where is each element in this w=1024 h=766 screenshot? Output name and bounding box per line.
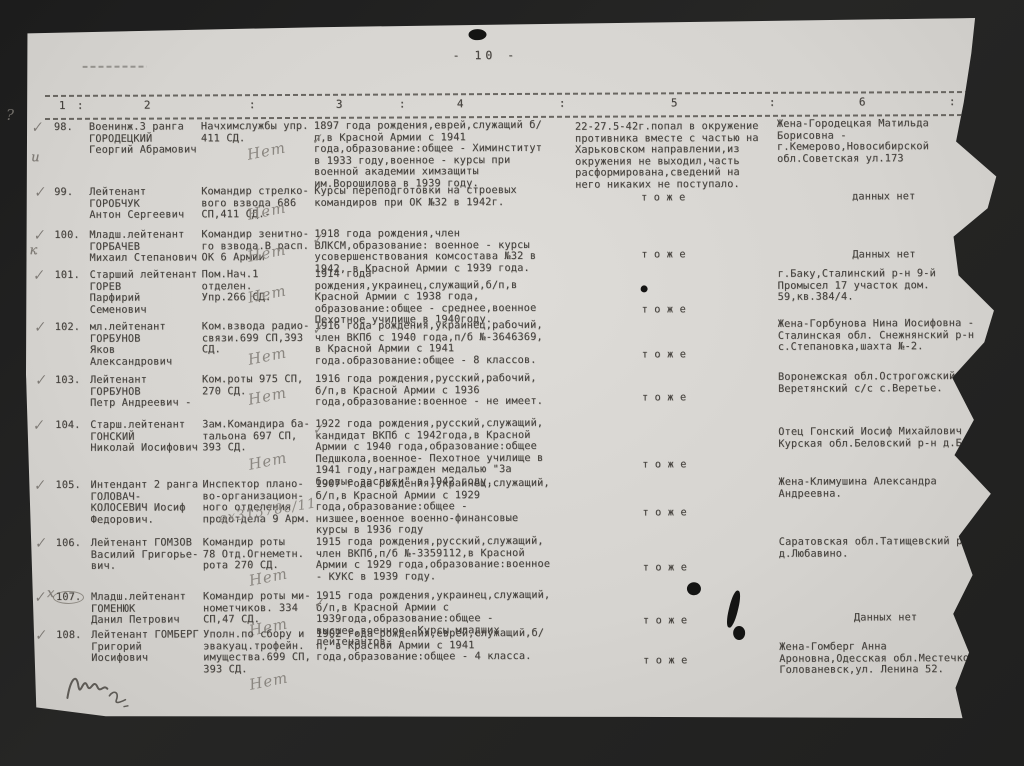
officer-name: Лейтенант ГОМЗОВ Василий Григорье- вич. [91, 537, 203, 584]
pencil-margin-mark: к [29, 245, 37, 257]
status: т о ж е [551, 627, 779, 678]
document-paper: - 10 - 1 : 2 : 3 : 4 : 5 : 6 : 7 ✓ 98. В… [24, 18, 1005, 727]
status: 22-27.5-42г.попал в окружение противника… [549, 119, 777, 192]
col-header-6: 6 [859, 96, 866, 108]
biography: 1916 года рождения,русский,рабочий, б/п,… [315, 373, 550, 409]
ink-stain [687, 582, 701, 595]
table-row: ✓ 99. Лейтенант ГОРОБЧУК Антон Сергеевич… [35, 183, 990, 222]
family-address: Воронежская обл.Острогожский р-н Веретян… [778, 371, 991, 407]
row-number: 107. [53, 591, 84, 604]
col-header-3: 3 [336, 99, 343, 111]
biography: 1916 года рождения,украинец,рабочий, чле… [315, 320, 550, 367]
officer-name: Лейтенант ГОРОБЧУК Антон Сергеевич [89, 186, 201, 221]
status: т о ж е [551, 535, 779, 582]
row-number: 102. [55, 322, 90, 369]
status: т о ж е [550, 477, 778, 536]
col-divider: : [249, 99, 256, 111]
col-header-4: 4 [457, 98, 464, 110]
pencil-question-mark: ? [6, 106, 14, 124]
officer-name: Лейтенант ГОРБУНОВ Петр Андреевич - [90, 374, 202, 409]
handwritten-note: Нет [248, 568, 289, 587]
pencil-margin-mark: х [47, 588, 55, 600]
col-divider: : [949, 96, 956, 108]
biography: Курсы переподготовки на строевых команди… [314, 185, 549, 221]
checkmark-icon: ✓ [34, 374, 58, 411]
col-header-2: 2 [144, 100, 151, 112]
row-number: 98. [54, 122, 89, 194]
scanned-document-page: ? - 10 - 1 : 2 : 3 : 4 : 5 : 6 : 7 ✓ 98. [0, 0, 1024, 766]
status: т о ж е [550, 372, 778, 408]
family-address: г.Баку,Сталинский р-н 9-й Промысел 17 уч… [778, 266, 991, 325]
table-row: ✓ 105. Интендант 2 ранга ГОЛОВАЧ- КОЛОСЕ… [36, 476, 991, 538]
position-unit: Уполн.по сбору и эвакуац.трофейн. имущес… [203, 629, 316, 679]
status: т о ж е [550, 267, 778, 326]
family-address: данных нет [777, 183, 990, 219]
row-number: 106. [56, 538, 91, 585]
officer-name: Военинж.3 ранга ГОРОДЕЦКИЙ Георгий Абрам… [89, 121, 201, 193]
col-divider: : [399, 98, 406, 110]
table-row: ✓ 102. мл.лейтенант ГОРБУНОВ Яков Алекса… [36, 318, 991, 369]
biography: 1907 года рождения,украинец,служащий, б/… [315, 478, 550, 537]
ink-stain [641, 285, 648, 292]
family-address: Жена-Городецкая Матильда Борисовна - г.К… [777, 118, 990, 190]
signature-mark [63, 662, 141, 712]
col-divider: : [77, 100, 84, 112]
family-address: Жена-Климушина Александра Андреевна. [778, 476, 991, 535]
page-number: - 10 - [453, 50, 519, 62]
col-divider: : [769, 97, 776, 109]
officer-name: Интендант 2 ранга ГОЛОВАЧ- КОЛОСЕВИЧ Иос… [90, 479, 202, 537]
ink-stain [469, 29, 487, 40]
biography: 1914 года рождения,украинец,служащий,б/п… [315, 268, 550, 327]
row-number: 101. [55, 270, 90, 328]
table-header: 1 : 2 : 3 : 4 : 5 : 6 : 7 [25, 96, 1003, 115]
table-row: ✓ 98. Военинж.3 ранга ГОРОДЕЦКИЙ Георгий… [35, 118, 990, 194]
table-row: ✓ 108. Лейтенант ГОМБЕРГ Григорий Иосифо… [37, 626, 992, 680]
col-header-7: 7 [971, 96, 978, 108]
smudge-dashes [83, 66, 147, 68]
row-number: 103. [55, 375, 90, 410]
officer-name: Старший лейтенант ГОРЕВ Парфирий Семенов… [90, 269, 202, 327]
table-row: ✓ 106. Лейтенант ГОМЗОВ Василий Григорье… [37, 534, 992, 585]
pencil-margin-mark: и [31, 152, 40, 164]
family-address: Жена-Горбунова Нина Иосифовна - Сталинск… [778, 318, 991, 365]
handwritten-note: Нет [249, 672, 290, 691]
row-number: 105. [55, 480, 90, 538]
checkmark-icon: ✓ [311, 324, 325, 338]
officer-name: мл.лейтенант ГОРБУНОВ Яков Александрович [90, 321, 202, 368]
biography: 1915 года рождения,русский,служащий, чле… [316, 536, 551, 583]
checkmark-icon: ✓ [311, 424, 325, 438]
col-header-5: 5 [671, 97, 678, 109]
table-row: ✓ 103. Лейтенант ГОРБУНОВ Петр Андреевич… [36, 371, 991, 410]
ink-stain [733, 626, 745, 640]
checkmark-icon: ✓ [310, 234, 324, 248]
biography: 1897 года рождения,еврей,служащий б/п,в … [314, 120, 549, 193]
checkmark-icon: ✓ [33, 186, 57, 223]
col-header-1: 1 [59, 100, 66, 112]
biography: 1902 года рождения,еврей,служащий,б/п, в… [316, 628, 551, 679]
family-address: Жена-Гомберг Анна Ароновна,Одесская обл.… [779, 626, 992, 677]
row-number: 99. [54, 187, 89, 222]
status: т о ж е [549, 184, 777, 220]
checkmark-icon: ✓ [310, 134, 324, 148]
status: т о ж е [550, 319, 778, 366]
checkmark-icon: ✓ [312, 598, 326, 612]
family-address: Саратовская обл.Татищевский р-н д.Любави… [779, 534, 992, 581]
col-divider: : [559, 98, 566, 110]
